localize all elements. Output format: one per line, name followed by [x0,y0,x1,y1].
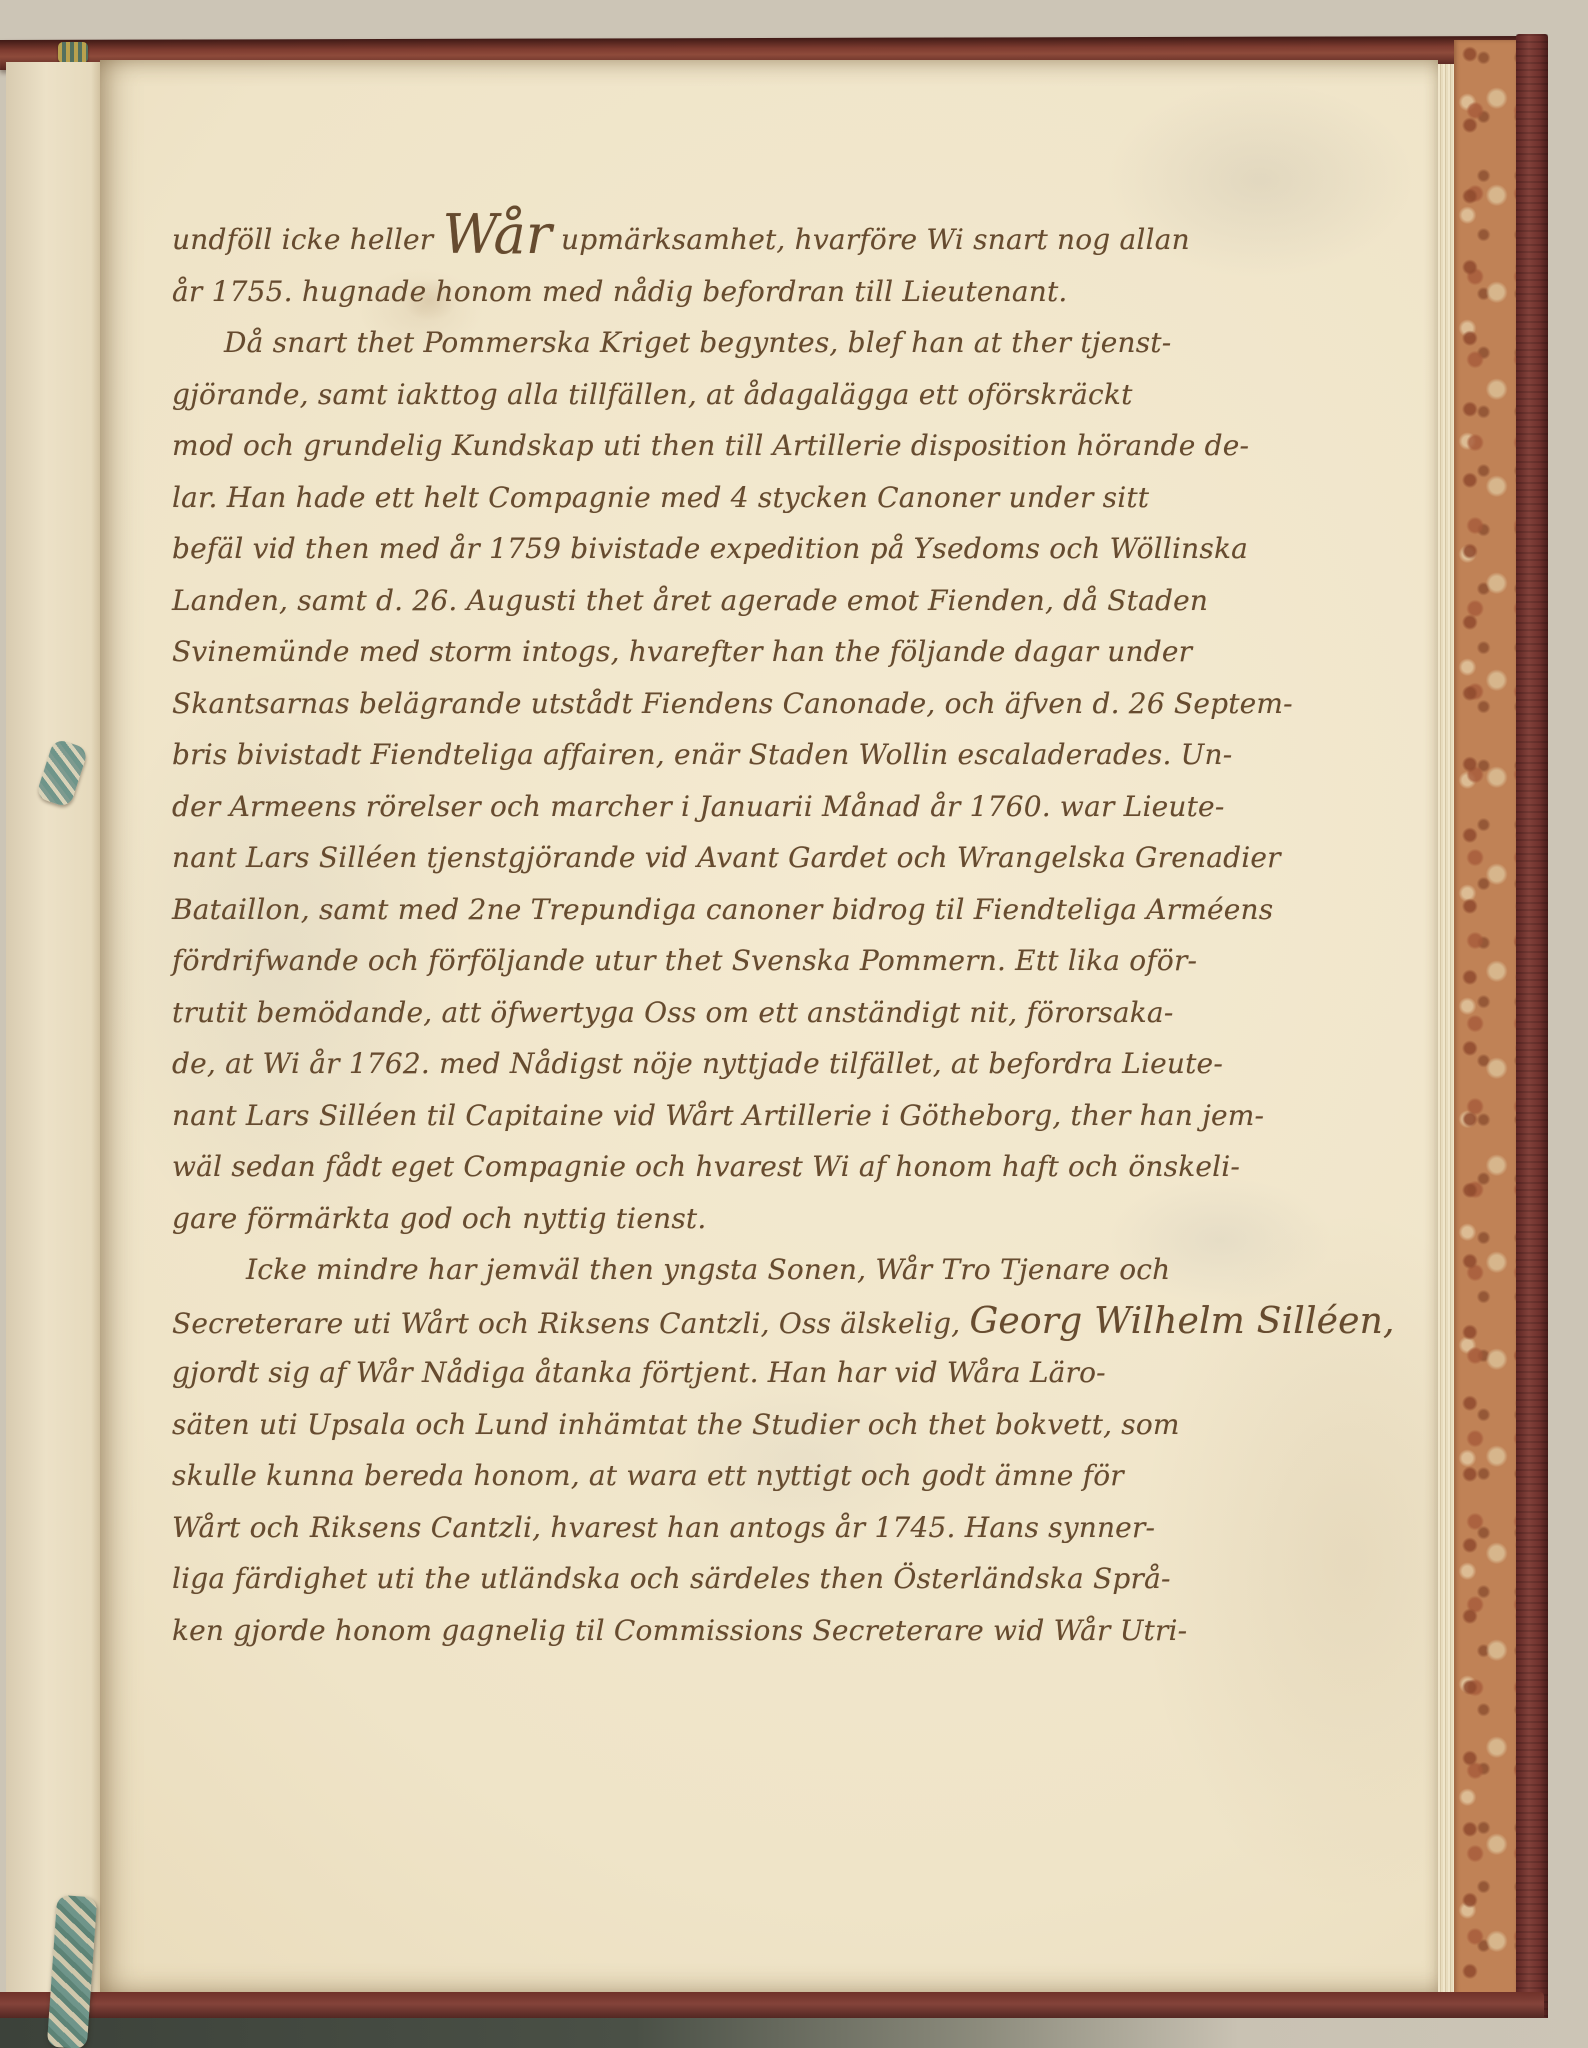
binding-right-cover [1516,34,1548,2024]
handwritten-text-block: undföll icke heller Wår upmärksamhet, hv… [172,214,1218,1656]
handwritten-line: Secreterare uti Wårt och Riksens Cantzli… [172,1296,1218,1348]
handwritten-line: undföll icke heller Wår upmärksamhet, hv… [172,214,1218,266]
handwritten-line: år 1755. hugnade honom med nådig befordr… [172,266,1218,318]
page-block-edges [1438,64,1454,1996]
handwritten-line: wäl sedan fådt eget Compagnie och hvares… [172,1141,1218,1193]
person-name-georg-wilhelm-silleen: Georg Wilhelm Silléen, [969,1301,1394,1342]
handwritten-line: skulle kunna bereda honom, at wara ett n… [172,1450,1218,1502]
handwritten-line: gare förmärkta god och nyttig tienst. [172,1193,1218,1245]
handwritten-line: Wårt och Riksens Cantzli, hvarest han an… [172,1502,1218,1554]
ornate-initial-w: Wår [442,203,551,266]
handwritten-line: ken gjorde honom gagnelig til Commission… [172,1605,1218,1657]
handwritten-line: befäl vid then med år 1759 bivistade exp… [172,523,1218,575]
handwritten-line: gjordt sig af Wår Nådiga åtanka förtjent… [172,1347,1218,1399]
handwritten-line: gjörande, samt iakttog alla tillfällen, … [172,369,1218,421]
scanned-book-photo: undföll icke heller Wår upmärksamhet, hv… [0,0,1588,2048]
handwritten-line: trutit bemödande, att öfwertyga Oss om e… [172,987,1218,1039]
handwritten-line: Svinemünde med storm intogs, hvarefter h… [172,626,1218,678]
line-text: upmärksamhet, hvarföre Wi snart nog alla… [552,223,1190,256]
table-surface [0,2018,1588,2048]
handwritten-line: lar. Han hade ett helt Compagnie med 4 s… [172,472,1218,524]
handwritten-line: Icke mindre har jemväl then yngsta Sonen… [172,1244,1218,1296]
handwritten-line: de, at Wi år 1762. med Nådigst nöje nytt… [172,1038,1218,1090]
handwritten-line: Skantsarnas belägrande utstådt Fiendens … [172,678,1218,730]
handwritten-line: säten uti Upsala och Lund inhämtat the S… [172,1399,1218,1451]
handwritten-line: Bataillon, samt med 2ne Trepundiga canon… [172,884,1218,936]
handwritten-line: Landen, samt d. 26. Augusti thet året ag… [172,575,1218,627]
binding-headband [58,42,88,63]
line-text: undföll icke heller [172,223,442,256]
handwritten-line: bris bivistadt Fiendteliga affairen, enä… [172,729,1218,781]
handwritten-line: nant Lars Silléen tjenstgjörande vid Ava… [172,832,1218,884]
handwritten-line: mod och grundelig Kundskap uti then till… [172,420,1218,472]
handwritten-line: fördrifwande och förföljande utur thet S… [172,935,1218,987]
line-text: Secreterare uti Wårt och Riksens Cantzli… [172,1307,969,1340]
marbled-endpaper-edge [1454,40,1516,2018]
handwritten-line: Då snart thet Pommerska Kriget begyntes,… [172,317,1218,369]
previous-page-edge [6,62,106,1998]
handwritten-line: nant Lars Silléen til Capitaine vid Wårt… [172,1090,1218,1142]
handwritten-line: liga färdighet uti the utländska och sär… [172,1553,1218,1605]
handwritten-line: der Armeens rörelser och marcher i Janua… [172,781,1218,833]
